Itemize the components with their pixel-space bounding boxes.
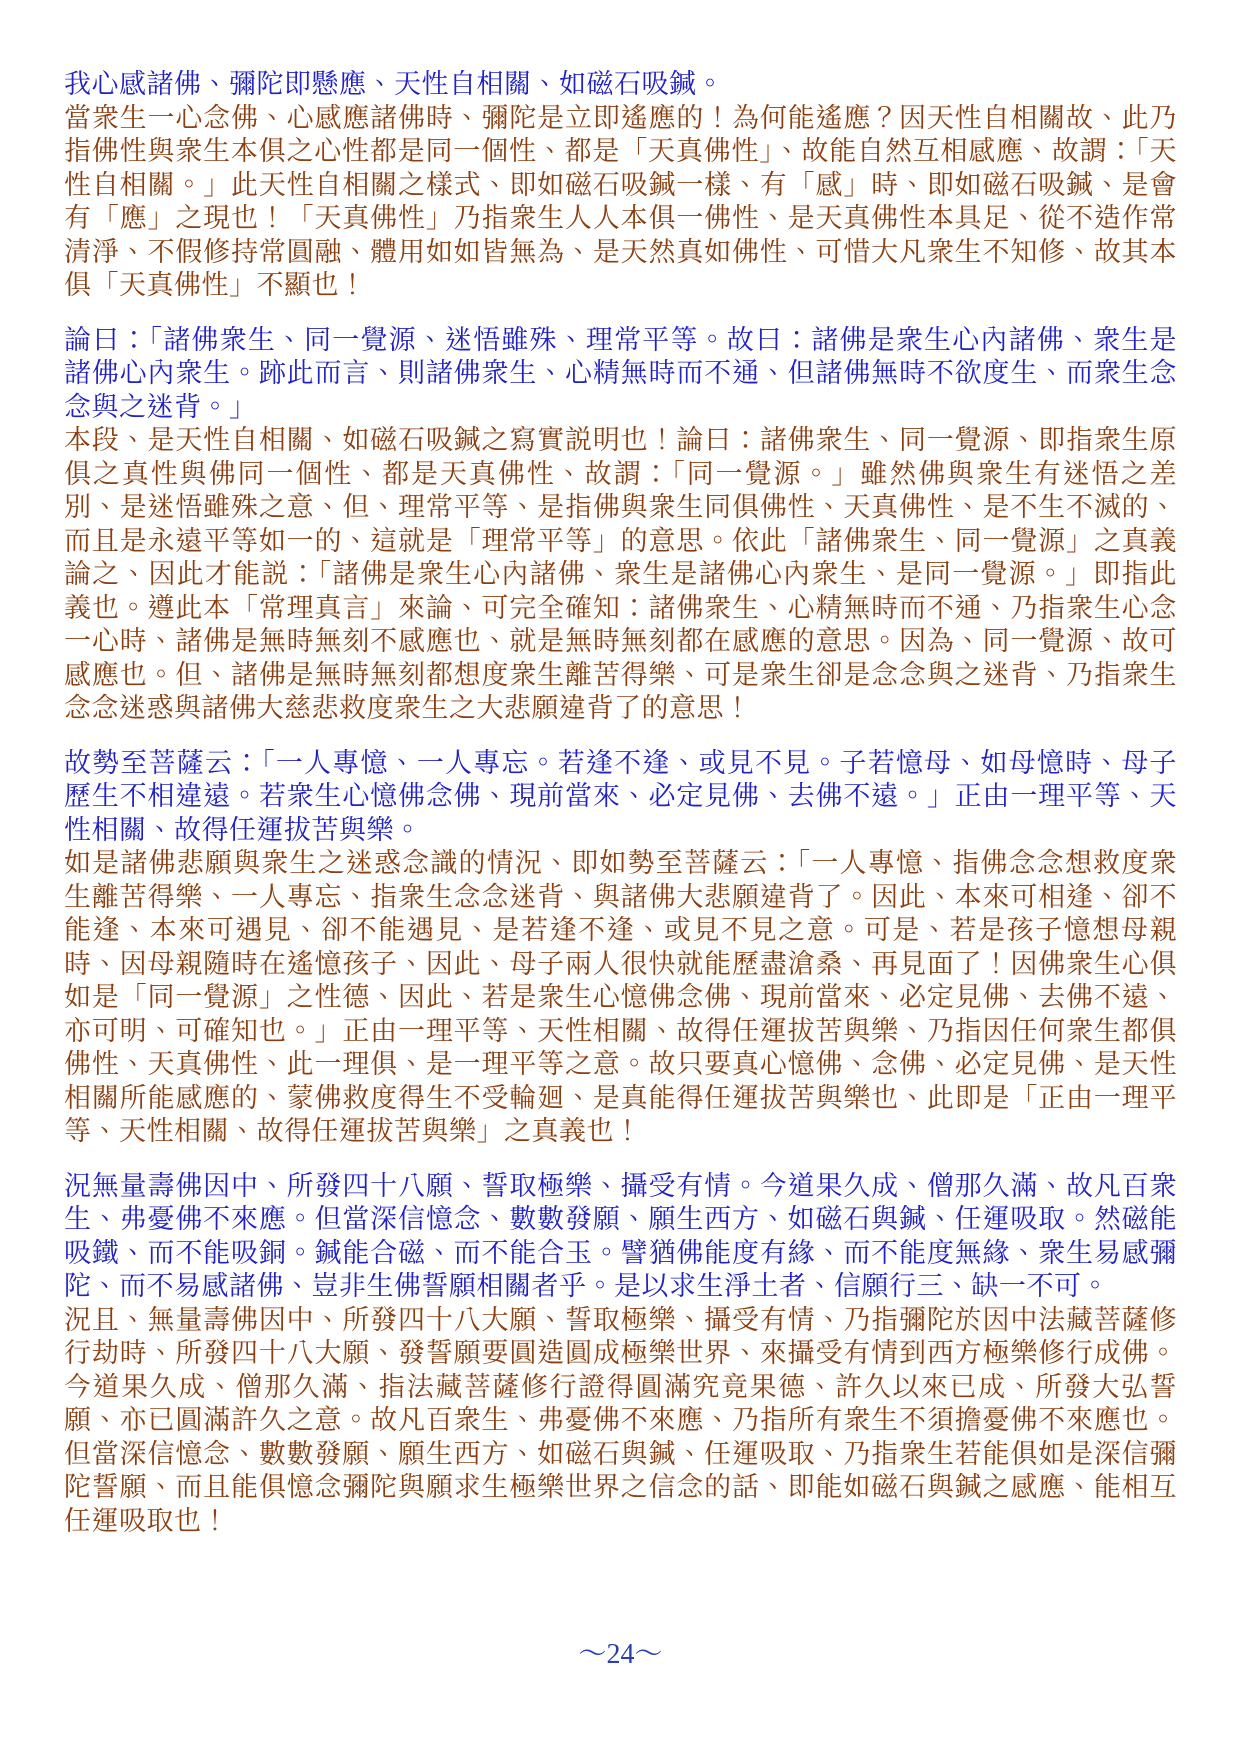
page-footer: ～24～ bbox=[0, 1632, 1241, 1672]
commentary-3: 如是諸佛悲願與衆生之迷惑念識的情況、即如勢至菩薩云：「一人專憶、指佛念念想救度衆… bbox=[64, 847, 1177, 1149]
commentary-1: 當衆生一心念佛、心感應諸佛時、彌陀是立即遙應的！為何能遙應？因天性自相關故、此乃… bbox=[64, 102, 1177, 303]
passage-3: 故勢至菩薩云：「一人專憶、一人專忘。若逢不逢、或見不見。子若憶母、如母憶時、母子… bbox=[64, 747, 1177, 1149]
scripture-quote-1: 我心感諸佛、彌陀即懸應、天性自相關、如磁石吸鍼。 bbox=[64, 68, 1177, 102]
scripture-quote-3: 故勢至菩薩云：「一人專憶、一人專忘。若逢不逢、或見不見。子若憶母、如母憶時、母子… bbox=[64, 747, 1177, 848]
passage-4: 況無量壽佛因中、所發四十八願、誓取極樂、攝受有情。今道果久成、僧那久滿、故凡百衆… bbox=[64, 1170, 1177, 1539]
page-number: ～24～ bbox=[578, 1639, 662, 1670]
commentary-2: 本段、是天性自相關、如磁石吸鍼之寫實説明也！論曰：諸佛衆生、同一覺源、即指衆生原… bbox=[64, 424, 1177, 726]
scripture-quote-2: 論曰：「諸佛衆生、同一覺源、迷悟雖殊、理常平等。故曰：諸佛是衆生心內諸佛、衆生是… bbox=[64, 324, 1177, 425]
document-body: 我心感諸佛、彌陀即懸應、天性自相關、如磁石吸鍼。 當衆生一心念佛、心感應諸佛時、… bbox=[64, 68, 1177, 1559]
passage-2: 論曰：「諸佛衆生、同一覺源、迷悟雖殊、理常平等。故曰：諸佛是衆生心內諸佛、衆生是… bbox=[64, 324, 1177, 726]
document-page: 我心感諸佛、彌陀即懸應、天性自相關、如磁石吸鍼。 當衆生一心念佛、心感應諸佛時、… bbox=[0, 0, 1241, 1755]
commentary-4: 況且、無量壽佛因中、所發四十八大願、誓取極樂、攝受有情、乃指彌陀於因中法藏菩薩修… bbox=[64, 1304, 1177, 1539]
scripture-quote-4: 況無量壽佛因中、所發四十八願、誓取極樂、攝受有情。今道果久成、僧那久滿、故凡百衆… bbox=[64, 1170, 1177, 1304]
passage-1: 我心感諸佛、彌陀即懸應、天性自相關、如磁石吸鍼。 當衆生一心念佛、心感應諸佛時、… bbox=[64, 68, 1177, 303]
